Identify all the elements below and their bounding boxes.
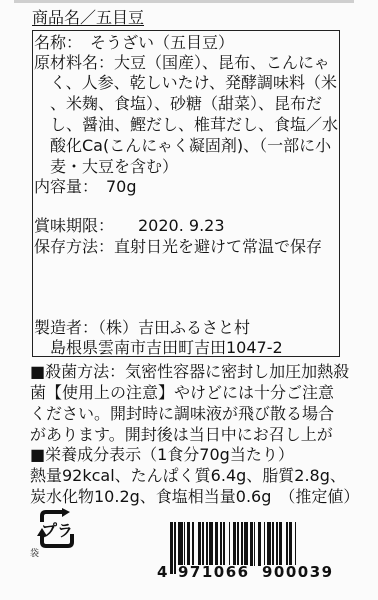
barcode-bar [206, 522, 207, 566]
barcode-bar [250, 522, 253, 566]
barcode-bar [184, 522, 185, 566]
barcode-bar [198, 522, 201, 566]
barcode-bar [170, 522, 173, 574]
best-before-date: 賞味期限： 2020. 9.23 [34, 216, 225, 236]
barcode-bar [229, 522, 230, 566]
ingredients-line-2: く、人参、乾しいたけ、発酵調味料（米 [50, 73, 337, 93]
barcode-bar [209, 522, 213, 566]
ingredients-line-1: 原材料名：大豆（国産）、昆布、こんにゃ [34, 53, 330, 73]
ingredients-line-5: 酸化Ca(こんにゃく凝固剤)、（一部に小 [50, 136, 331, 156]
ingredients-line-3: 、米麹、食塩）、砂糖（甜菜）、昆布だ [50, 94, 322, 114]
barcode-bar [272, 522, 273, 566]
barcode-bar [220, 522, 221, 566]
notes-line-2: 菌【使用上の注意】やけどには十分ご注意 [30, 383, 334, 403]
svg-text:プラ: プラ [41, 521, 73, 540]
ingredients-line-6: 麦・大豆を含む） [50, 157, 178, 177]
product-name-heading: 商品名／五目豆 [32, 8, 144, 28]
nutrition-line-2: 炭水化物10.2g、食塩相当量0.6g （推定値） [30, 487, 359, 507]
nutrition-line-1: 熱量92kcal、たんぱく質6.4g、脂質2.8g、 [30, 466, 346, 486]
barcode-bar [192, 522, 193, 566]
notes-line-4: があります。開封後は当日中にお召し上が [30, 425, 333, 445]
barcode-bar [289, 522, 292, 566]
barcode-left-digits: 971066 [178, 565, 250, 580]
barcode-bar [264, 522, 265, 566]
manufacturer-address: 島根県雲南市吉田町吉田1047-2 [50, 338, 283, 358]
barcode-bar [223, 522, 224, 566]
barcode-bar [202, 522, 203, 566]
barcode-bar [254, 522, 255, 566]
barcode-bar [279, 522, 282, 566]
content-amount: 内容量： 70g [34, 177, 137, 197]
manufacturer: 製造者：（株）吉田ふるさと村 [34, 318, 250, 338]
barcode-bar [258, 522, 261, 566]
barcode-bar [244, 522, 248, 566]
barcode-first-digit: 4 [157, 565, 169, 580]
top-edge-strip [14, 0, 354, 3]
barcode-bar [267, 522, 271, 566]
barcode-bar [174, 522, 175, 574]
barcode-bar [187, 522, 190, 566]
recycle-material-label: 袋 [28, 548, 37, 557]
notes-line-3: ください。開封時に調味液が飛び散る場合 [30, 404, 334, 424]
notes-line-1: ■殺菌方法：気密性容器に密封し加圧加熱殺 [30, 362, 349, 382]
nutrition-title: ■栄養成分表示（1食分70g当たり） [30, 445, 294, 465]
plastic-recycle-icon: プラ [36, 508, 78, 550]
barcode-bar [286, 522, 287, 566]
ingredients-line-4: し、醤油、鰹だし、椎茸だし、食塩／水 [50, 115, 338, 135]
barcode-bar [276, 522, 277, 566]
label-name: 名称： そうざい（五目豆） [34, 33, 234, 53]
barcode-bar [178, 522, 182, 566]
barcode-bar [215, 522, 218, 566]
storage-method: 保存方法：直射日光を避けて常温で保存 [34, 237, 322, 257]
barcode-right-digits: 900039 [262, 565, 334, 580]
barcode-bar [241, 522, 242, 566]
